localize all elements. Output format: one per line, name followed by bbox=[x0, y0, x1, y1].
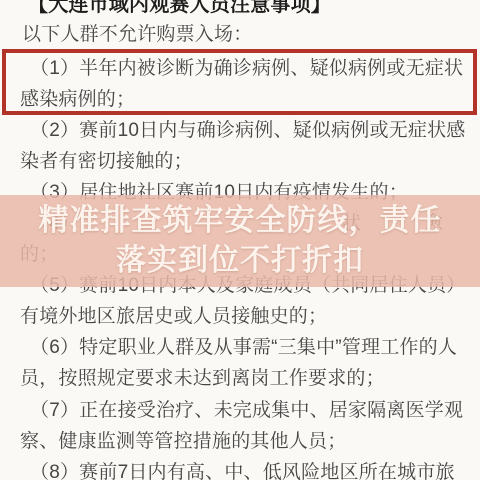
slogan-banner-overlay: 精准排查筑牢安全防线，责任 落实到位不打折扣 bbox=[0, 195, 480, 287]
intro-line: 以下人群不允许购票入场： bbox=[22, 24, 252, 45]
item-7-line-2: 察、健康监测等管控措施的其他人员； bbox=[20, 431, 346, 452]
item-6-line-1: （6）特定职业人群及从事需“三集中”管理工作的人 bbox=[30, 337, 457, 358]
highlight-red-box bbox=[2, 49, 477, 115]
slogan-line-1: 精准排查筑牢安全防线，责任 bbox=[39, 201, 442, 241]
item-6-line-2: 员，按照规定要求未达到离岗工作要求的； bbox=[20, 368, 385, 389]
page-title: 【大连市域内观赛人员注意事项】 bbox=[28, 0, 331, 16]
item-5-line-2: 有境外地区旅居史或人员接触史的； bbox=[20, 306, 327, 327]
item-2-line-1: （2）赛前10日内与确诊病例、疑似病例或无症状感 bbox=[30, 120, 466, 141]
item-7-line-1: （7）正在接受治疗、未完成集中、居家隔离医学观 bbox=[30, 400, 463, 421]
item-8-line-1: （8）赛前7日内有高、中、低风险地区所在城市旅 bbox=[30, 462, 455, 480]
notice-document: 【大连市域内观赛人员注意事项】 以下人群不允许购票入场： （1）半年内被诊断为确… bbox=[0, 0, 480, 480]
slogan-line-2: 落实到位不打折扣 bbox=[116, 241, 364, 281]
item-2-line-2: 染者有密切接触的； bbox=[20, 151, 193, 172]
